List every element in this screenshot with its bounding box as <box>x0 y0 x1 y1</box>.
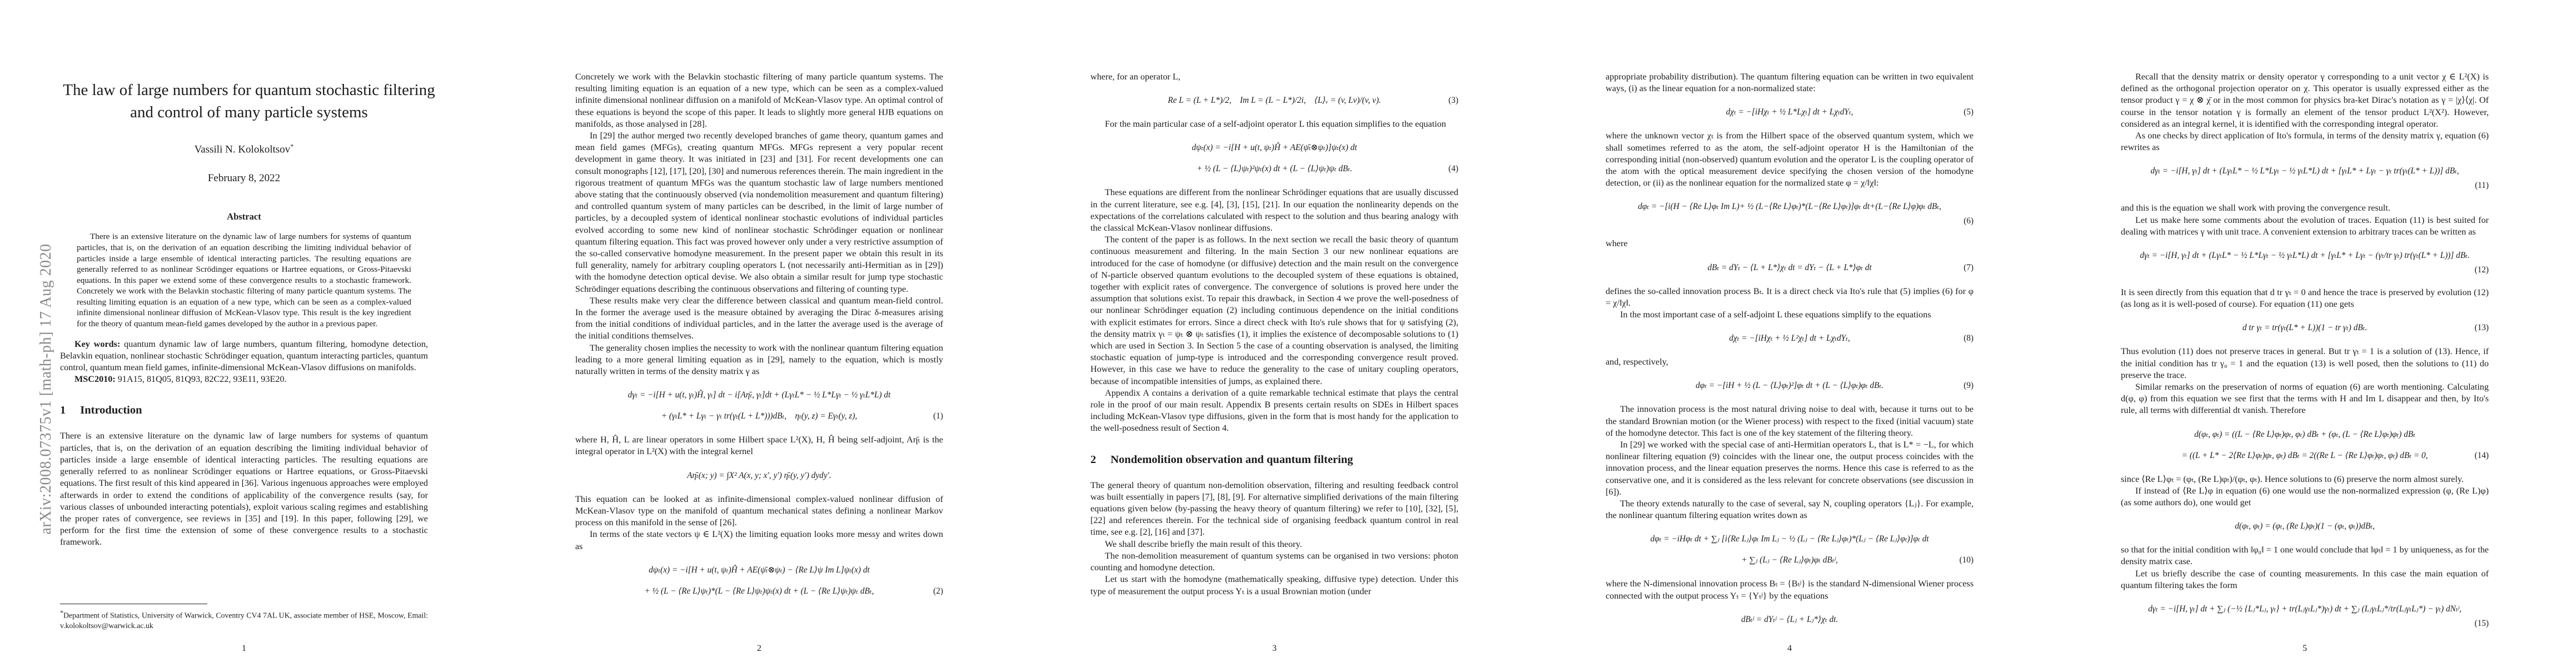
equation-number: (4) <box>1448 162 1458 176</box>
equation-line: dφₜ = −[i(H − ⟨Re L⟩φₜ Im L)+ ½ (L−⟨Re L… <box>1638 202 1941 211</box>
paragraph: and this is the equation we shall work w… <box>2121 202 2489 214</box>
page-2-content: Concretely we work with the Belavkin sto… <box>575 0 943 609</box>
paragraph: In [29] the author merged two recently d… <box>575 130 943 295</box>
page-3: where, for an operator L, Re L = (L + L*… <box>1030 0 1546 667</box>
equation-number: (7) <box>1964 261 1974 275</box>
equation-line: dBₜ = dYₜ − ⟨L + L*⟩χₜ dt = dYₜ − ⟨L + L… <box>1707 263 1871 272</box>
paragraph: Let us start with the homodyne (mathemat… <box>1090 574 1458 597</box>
display-equation-3: Re L = (L + L*)/2, Im L = (L − L*)/2i, ⟨… <box>1090 94 1458 107</box>
paragraph: where the N-dimensional innovation proce… <box>1606 578 1974 601</box>
display-equation-6: dφₜ = −[i(H − ⟨Re L⟩φₜ Im L)+ ½ (L−⟨Re L… <box>1606 200 1974 227</box>
equation-line: dψₜ(x) = −i[H + u(t, ψₜ)Ĥ + AE(ψ̄ₜ⊗ψₜ)]ψ… <box>1192 143 1357 152</box>
equation-number: (10) <box>1960 554 1974 567</box>
keywords-paragraph: Key words: quantum dynamic law of large … <box>60 339 428 374</box>
paragraph: The non-demolition measurement of quantu… <box>1090 550 1458 574</box>
paragraph: In the most important case of a self-adj… <box>1606 309 1974 321</box>
paragraph: Let us make here some comments about the… <box>2121 215 2489 238</box>
equation-number: (12) <box>2475 265 2489 275</box>
equation-number: (14) <box>2475 449 2489 462</box>
page-number: 1 <box>60 644 428 654</box>
paragraph: Appendix A contains a derivation of a qu… <box>1090 387 1458 435</box>
paper-date: February 8, 2022 <box>60 172 428 185</box>
page-1: arXiv:2008.07375v1 [math-ph] 17 Aug 2020… <box>0 0 515 667</box>
display-equation-15: dγₜ = −i[H, γₜ] dt + ∑ⱼ (−½ {Lⱼ*Lⱼ, γₜ} … <box>2121 603 2489 629</box>
footnote-paragraph: *Department of Statistics, University of… <box>60 608 428 631</box>
page-3-content: where, for an operator L, Re L = (L + L*… <box>1090 0 1458 598</box>
page-5: Recall that the density matrix or densit… <box>2061 0 2576 667</box>
paragraph: These equations are different from the n… <box>1090 187 1458 234</box>
document-canvas: arXiv:2008.07375v1 [math-ph] 17 Aug 2020… <box>0 0 2576 667</box>
arxiv-watermark: arXiv:2008.07375v1 [math-ph] 17 Aug 2020 <box>37 243 55 534</box>
display-equation-11: dγₜ = −i[H, γₜ] dt + (LγₜL* − ½ L*Lγₜ − … <box>2121 165 2489 191</box>
equation-number: (8) <box>1964 332 1974 345</box>
page-number: 4 <box>1606 644 1974 654</box>
section-number: 1 <box>60 404 66 416</box>
display-equation-9: dφₜ = −[iH + ½ (L − ⟨L⟩φₜ)²]φₜ dt + (L −… <box>1606 379 1974 392</box>
display-equation-unnumbered: d(φₜ, φₜ) = (φₜ, (Re L)φₜ)(1 − (φₜ, φₜ))… <box>2121 520 2489 533</box>
paragraph: In [29] we worked with the special case … <box>1606 439 1974 498</box>
equation-line: dψₜ(x) = −i[H + u(t, ψₜ)Ĥ + AE(ψ̄ₜ⊗ψₜ) −… <box>649 565 870 575</box>
equation-line: + ∑ⱼ (Lⱼ − ⟨Re Lⱼ⟩φₜ)φₜ dBₜʲ, <box>1741 555 1837 565</box>
paragraph: As one checks by direct application of I… <box>2121 130 2489 153</box>
paragraph: For the main particular case of a self-a… <box>1090 118 1458 130</box>
paragraph: defines the so-called innovation process… <box>1606 286 1974 309</box>
equation-line: dγₜ = −i[H, γₜ] dt + ∑ⱼ (−½ {Lⱼ*Lⱼ, γₜ} … <box>2148 604 2462 614</box>
paragraph: so that for the initial condition with ‖… <box>2121 544 2489 568</box>
page-1-content: The law of large numbers for quantum sto… <box>60 0 428 549</box>
paragraph: We shall describe briefly the main resul… <box>1090 539 1458 550</box>
paragraph: The general theory of quantum non-demoli… <box>1090 480 1458 539</box>
equation-line: d(φₜ, φₜ) = ((L − ⟨Re L⟩φₜ)φₜ, φₜ) dBₜ +… <box>2194 430 2415 439</box>
msc-paragraph: MSC2010: 91A15, 81Q05, 81Q93, 82C22, 93E… <box>60 374 428 385</box>
section-title: Introduction <box>80 404 142 416</box>
paragraph: If instead of ⟨Re L⟩φ in equation (6) on… <box>2121 485 2489 509</box>
equation-line: dγₜ = −i[H + u(t, γₜ)Ĥ, γₜ] dt − i[Aη̄ₜ,… <box>628 390 891 400</box>
abstract-heading: Abstract <box>60 211 428 222</box>
paragraph: The generality chosen implies the necess… <box>575 342 943 378</box>
paragraph: Similar remarks on the preservation of n… <box>2121 381 2489 417</box>
page-2: Concretely we work with the Belavkin sto… <box>515 0 1030 667</box>
paragraph: where H, Ĥ, L are linear operators in so… <box>575 434 943 457</box>
equation-line: d tr γₜ = tr(γₜ(L* + L))(1 − tr γₜ) dBₜ. <box>2243 323 2367 332</box>
display-equation-4: dψₜ(x) = −i[H + u(t, ψₜ)Ĥ + AE(ψ̄ₜ⊗ψₜ)]ψ… <box>1090 141 1458 176</box>
equation-number: (3) <box>1448 94 1458 107</box>
equation-line: + (γₜL* + Lγₜ − γₜ tr(γₜ(L + L*)))dBₜ, η… <box>661 411 858 421</box>
paragraph: In terms of the state vectors ψ ∈ L²(X) … <box>575 529 943 552</box>
equation-number: (15) <box>2475 619 2489 628</box>
equation-line: + ½ (L − ⟨L⟩ψₜ)²ψₜ(x) dt + (L − ⟨L⟩ψₜ)ψₜ… <box>1197 164 1352 173</box>
author-footnote-mark: * <box>290 142 293 150</box>
section-title: Nondemolition observation and quantum fi… <box>1110 454 1353 466</box>
paragraph: Concretely we work with the Belavkin sto… <box>575 71 943 130</box>
equation-line: dφₜ = −iHφₜ dt + ∑ⱼ [i⟨Re Lⱼ⟩φₜ Im Lⱼ − … <box>1651 534 1929 544</box>
section-1-heading: 1Introduction <box>60 404 428 417</box>
equation-number: (6) <box>1964 216 1974 226</box>
page-4-content: appropriate probability distribution). T… <box>1606 0 1974 638</box>
display-equation-12: dγₜ = −i[H, γₜ] dt + (LγₜL* − ½ L*Lγₜ − … <box>2121 249 2489 276</box>
display-equation-13: d tr γₜ = tr(γₜ(L* + L))(1 − tr γₜ) dBₜ.… <box>2121 321 2489 335</box>
display-equation-unnumbered: dBₜʲ = dYₜʲ − ⟨Lⱼ + Lⱼ*⟩χₜ dt. <box>1606 613 1974 626</box>
page-5-content: Recall that the density matrix or densit… <box>2121 0 2489 640</box>
footnote: *Department of Statistics, University of… <box>60 604 428 631</box>
equation-line: Re L = (L + L*)/2, Im L = (L − L*)/2i, ⟨… <box>1168 96 1381 105</box>
display-equation-7: dBₜ = dYₜ − ⟨L + L*⟩χₜ dt = dYₜ − ⟨L + L… <box>1606 261 1974 275</box>
paragraph: This equation can be looked at as infini… <box>575 494 943 529</box>
footnote-text: Department of Statistics, University of … <box>60 611 428 630</box>
equation-line: dγₜ = −i[H, γₜ] dt + (LγₜL* − ½ L*Lγₜ − … <box>2150 166 2459 176</box>
paragraph: Thus evolution (11) does not preserve tr… <box>2121 346 2489 381</box>
display-equation-10: dφₜ = −iHφₜ dt + ∑ⱼ [i⟨Re Lⱼ⟩φₜ Im Lⱼ − … <box>1606 532 1974 567</box>
equation-line: dχₜ = −[iHχₜ + ½ L*Lχₜ] dt + LχₜdYₜ, <box>1726 107 1853 117</box>
equation-number: (1) <box>933 410 943 423</box>
display-equation-5: dχₜ = −[iHχₜ + ½ L*Lχₜ] dt + LχₜdYₜ,(5) <box>1606 106 1974 119</box>
paragraph: Let us briefly describe the case of coun… <box>2121 568 2489 591</box>
display-equation-8: dχₜ = −[iHχₜ + ½ L²χₜ] dt + LχₜdYₜ,(8) <box>1606 332 1974 345</box>
paragraph: It is seen directly from this equation t… <box>2121 287 2489 310</box>
author-name: Vassili N. Kolokoltsov <box>195 143 291 155</box>
equation-number: (9) <box>1964 379 1974 392</box>
msc-text: 91A15, 81Q05, 81Q93, 82C22, 93E11, 93E20… <box>116 374 287 384</box>
equation-line: d(φₜ, φₜ) = (φₜ, (Re L)φₜ)(1 − (φₜ, φₜ))… <box>2235 521 2375 531</box>
section-2-heading: 2Nondemolition observation and quantum f… <box>1090 454 1458 466</box>
equation-line: Aη̄ₜ(x; y) = ∫X² A(x, y; x′, y′) η̄ₜ(y, … <box>687 471 831 480</box>
equation-line: dχₜ = −[iHχₜ + ½ L²χₜ] dt + LχₜdYₜ, <box>1729 333 1850 343</box>
footnote-rule <box>60 604 207 604</box>
equation-number: (13) <box>2475 321 2489 335</box>
abstract-text: There is an extensive literature on the … <box>77 231 411 329</box>
equation-line: + ½ (L − ⟨Re L⟩ψₜ)*(L − ⟨Re L⟩ψₜ)ψₜ(x) d… <box>645 586 874 596</box>
equation-line: dφₜ = −[iH + ½ (L − ⟨L⟩φₜ)²]φₜ dt + (L −… <box>1696 381 1884 390</box>
page-number: 3 <box>1090 644 1458 654</box>
keywords-label: Key words: <box>74 339 120 349</box>
paragraph: The innovation process is the most natur… <box>1606 404 1974 439</box>
paragraph: appropriate probability distribution). T… <box>1606 71 1974 94</box>
equation-number: (11) <box>2475 181 2489 190</box>
equation-number: (2) <box>933 585 943 598</box>
paragraph: These results make very clear the differ… <box>575 295 943 342</box>
section-number: 2 <box>1090 454 1096 466</box>
page-number: 2 <box>575 644 943 654</box>
paragraph: since ⟨Re L⟩φₜ = (φₜ, (Re L)φₜ)/(φₜ, φₜ)… <box>2121 474 2489 485</box>
display-equation-kernel: Aη̄ₜ(x; y) = ∫X² A(x, y; x′, y′) η̄ₜ(y, … <box>575 469 943 482</box>
paragraph: where the unknown vector χₜ is from the … <box>1606 130 1974 189</box>
paragraph: Recall that the density matrix or densit… <box>2121 71 2489 130</box>
paper-title: The law of large numbers for quantum sto… <box>60 79 438 123</box>
equation-line: dγₜ = −i[H, γₜ] dt + (LγₜL* − ½ L*Lγₜ − … <box>2140 251 2469 260</box>
page-4: appropriate probability distribution). T… <box>1546 0 2061 667</box>
paragraph: The content of the paper is as follows. … <box>1090 234 1458 387</box>
msc-label: MSC2010: <box>74 374 116 384</box>
display-equation-1: dγₜ = −i[H + u(t, γₜ)Ĥ, γₜ] dt − i[Aη̄ₜ,… <box>575 389 943 423</box>
paragraph: where <box>1606 238 1974 250</box>
paragraph: The theory extends naturally to the case… <box>1606 498 1974 521</box>
equation-line: dBₜʲ = dYₜʲ − ⟨Lⱼ + Lⱼ*⟩χₜ dt. <box>1741 615 1838 624</box>
paragraph: where, for an operator L, <box>1090 71 1458 83</box>
equation-line: = ((L + L* − 2⟨Re L⟩φₜ)φₜ, φₜ) dBₜ = 2((… <box>2182 451 2428 460</box>
display-equation-2: dψₜ(x) = −i[H + u(t, ψₜ)Ĥ + AE(ψ̄ₜ⊗ψₜ) −… <box>575 564 943 598</box>
author-line: Vassili N. Kolokoltsov* <box>60 142 428 156</box>
intro-paragraph: There is an extensive literature on the … <box>60 430 428 548</box>
page-number: 5 <box>2121 644 2489 654</box>
paragraph: and, respectively, <box>1606 356 1974 368</box>
equation-number: (5) <box>1964 106 1974 119</box>
display-equation-14: d(φₜ, φₜ) = ((L − ⟨Re L⟩φₜ)φₜ, φₜ) dBₜ +… <box>2121 428 2489 462</box>
